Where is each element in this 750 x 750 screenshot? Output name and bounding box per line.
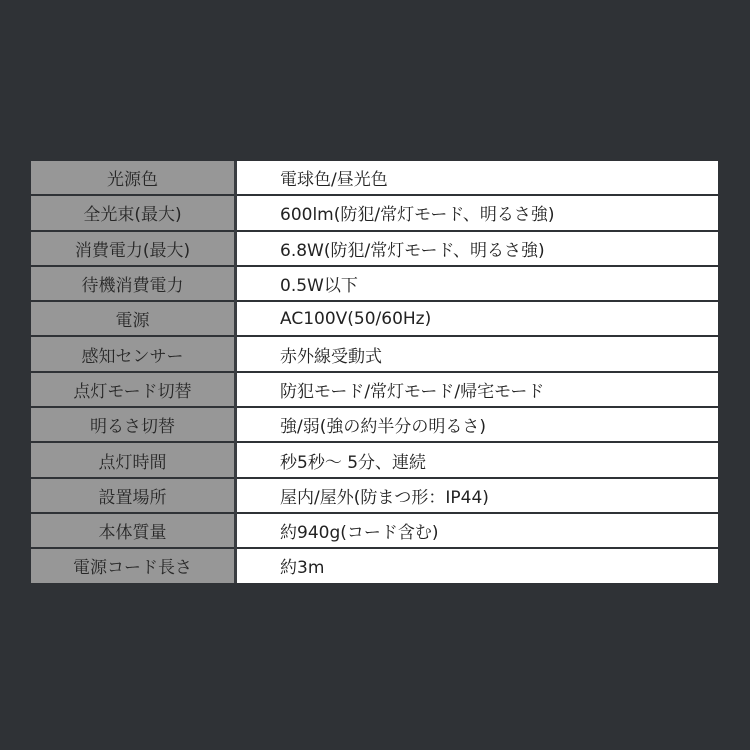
- row-value: AC100V(50/60Hz): [236, 301, 719, 336]
- table-row-sensor: 感知センサー 赤外線受動式: [31, 336, 718, 371]
- row-label: 感知センサー: [31, 336, 236, 371]
- table-row-brightness: 明るさ切替 強/弱(強の約半分の明るさ): [31, 407, 718, 442]
- row-value: 防犯モード/常灯モード/帰宅モード: [236, 372, 719, 407]
- row-label: 点灯モード切替: [31, 372, 236, 407]
- row-label: 消費電力(最大): [31, 231, 236, 266]
- table-row-power-consumption: 消費電力(最大) 6.8W(防犯/常灯モード、明るさ強): [31, 231, 718, 266]
- row-label: 待機消費電力: [31, 266, 236, 301]
- table-row-lighting-time: 点灯時間 秒5秒～ 5分、連続: [31, 442, 718, 477]
- row-value: 赤外線受動式: [236, 336, 719, 371]
- row-value: 秒5秒～ 5分、連続: [236, 442, 719, 477]
- table-row-standby-power: 待機消費電力 0.5W以下: [31, 266, 718, 301]
- row-label: 本体質量: [31, 513, 236, 548]
- table-row-lighting-mode: 点灯モード切替 防犯モード/常灯モード/帰宅モード: [31, 372, 718, 407]
- row-label: 設置場所: [31, 478, 236, 513]
- row-value: 約940g(コード含む): [236, 513, 719, 548]
- row-label: 全光束(最大): [31, 195, 236, 230]
- row-value: 6.8W(防犯/常灯モード、明るさ強): [236, 231, 719, 266]
- table-row-cord-length: 電源コード長さ 約3m: [31, 548, 718, 582]
- row-label: 電源コード長さ: [31, 548, 236, 582]
- table-row-weight: 本体質量 約940g(コード含む): [31, 513, 718, 548]
- row-label: 電源: [31, 301, 236, 336]
- row-label: 点灯時間: [31, 442, 236, 477]
- table-row-luminous-flux: 全光束(最大) 600lm(防犯/常灯モード、明るさ強): [31, 195, 718, 230]
- row-value: 0.5W以下: [236, 266, 719, 301]
- row-value: 電球色/昼光色: [236, 161, 719, 195]
- row-value: 600lm(防犯/常灯モード、明るさ強): [236, 195, 719, 230]
- row-label: 光源色: [31, 161, 236, 195]
- row-value: 約3m: [236, 548, 719, 582]
- table-row-installation: 設置場所 屋内/屋外(防まつ形：IP44): [31, 478, 718, 513]
- table-row-power-source: 電源 AC100V(50/60Hz): [31, 301, 718, 336]
- table-row-light-color: 光源色 電球色/昼光色: [31, 161, 718, 195]
- row-value: 屋内/屋外(防まつ形：IP44): [236, 478, 719, 513]
- row-label: 明るさ切替: [31, 407, 236, 442]
- row-value: 強/弱(強の約半分の明るさ): [236, 407, 719, 442]
- spec-table: 光源色 電球色/昼光色 全光束(最大) 600lm(防犯/常灯モード、明るさ強)…: [31, 161, 718, 583]
